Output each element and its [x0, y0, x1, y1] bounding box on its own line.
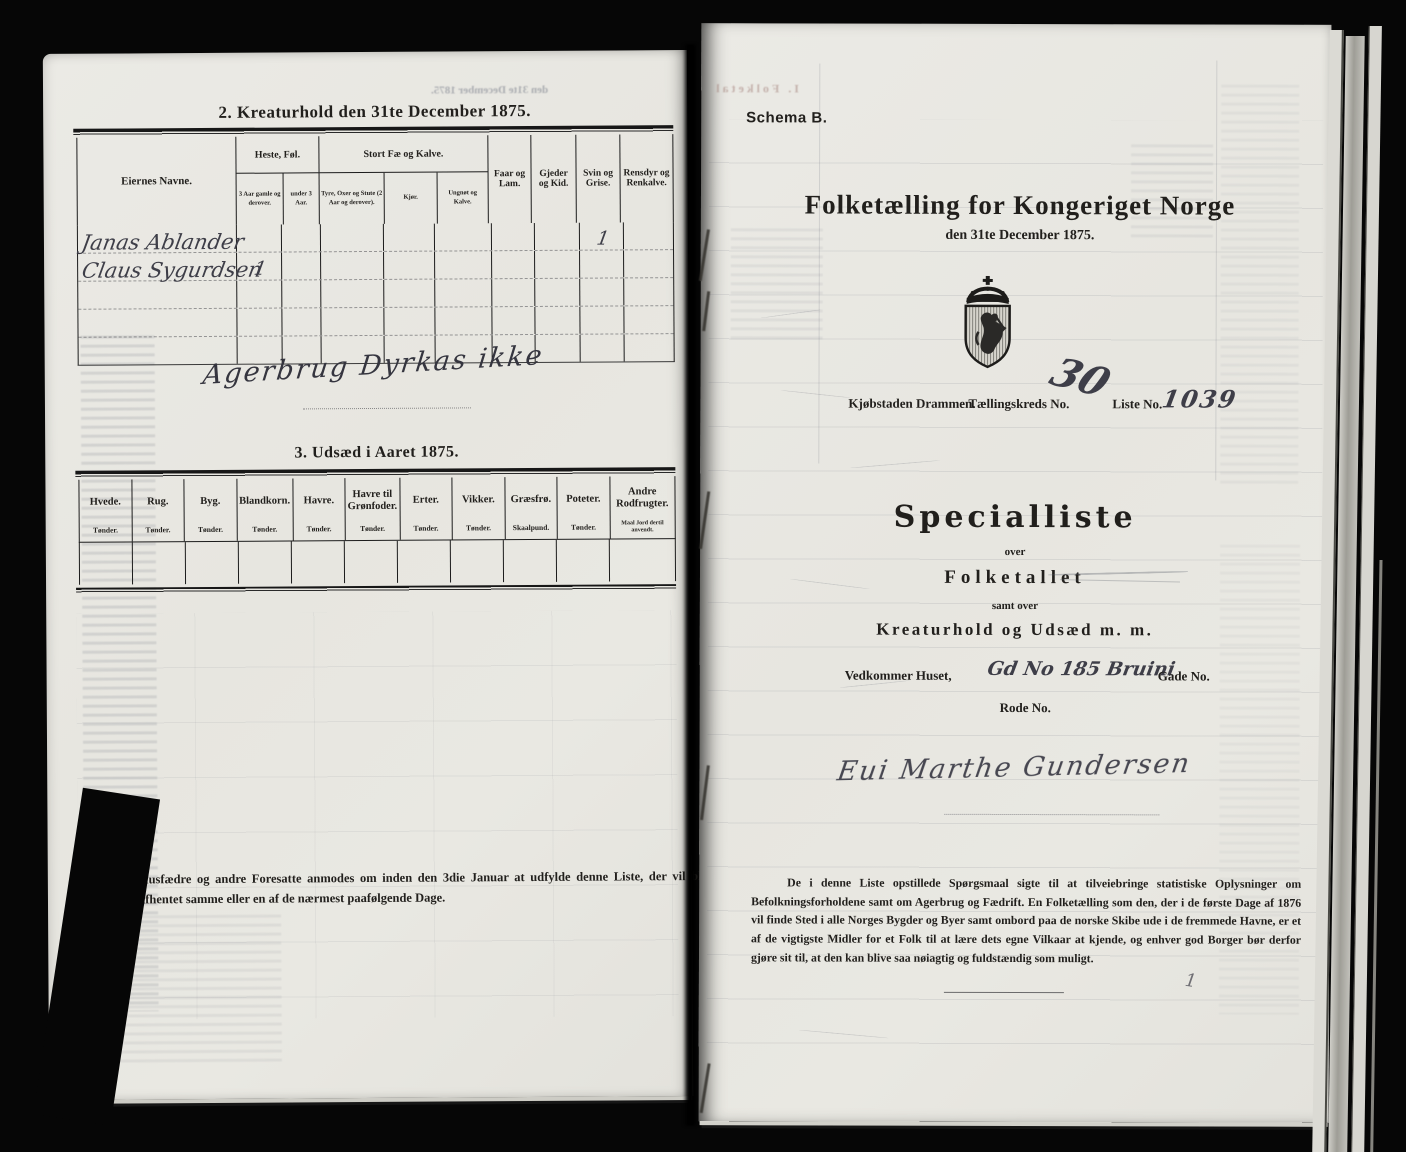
table-row: Janas Ablander 1 — [78, 222, 673, 254]
svin-count-handwritten: 1 — [595, 228, 611, 250]
col-vikker: Vikker.Tønder. — [452, 477, 505, 539]
location-line: Kjøbstaden Drammen. Tællingskreds No. 30… — [700, 395, 1330, 397]
col-svin-og-grise: Svin og Grise. — [576, 134, 621, 222]
specialliste-title: Specialliste — [800, 499, 1230, 535]
binding-stitch — [702, 291, 710, 331]
underline-rule — [944, 992, 1064, 993]
bleedthrough-text-block — [731, 228, 823, 340]
list-number-handwritten: 1039 — [1160, 384, 1240, 413]
kreaturhold-table: Eiernes Navne. Heste, Føl. 3 Aar gamle o… — [76, 134, 674, 366]
subcol-label: Tyre, Oxer og Stute (2 Aar og derover). — [320, 173, 385, 224]
left-page: den 31te December 1875. 2. Kreaturhold d… — [43, 50, 693, 1100]
col-poteter: Poteter.Tønder. — [557, 477, 610, 539]
col-graesfro: Græsfrø.Skaalpund. — [505, 477, 558, 539]
binding-stitch — [699, 229, 710, 281]
signature-handwritten: Eui Marthe Gundersen — [837, 748, 1191, 787]
book-page-edges — [1310, 20, 1406, 1152]
census-subtitle: den 31te December 1875. — [759, 227, 1281, 244]
bleedthrough-header-left: den 31te December 1875. — [431, 84, 548, 97]
table-bottom-rule — [76, 584, 676, 593]
samt-over-label: samt over — [800, 599, 1230, 612]
col-gjeder-og-kid: Gjeder og Kid. — [531, 135, 577, 223]
subcol-label: Kjør. — [385, 173, 438, 224]
right-page: I. Folketal Schema B. Folketælling for K… — [699, 23, 1332, 1123]
footer-instruction: Husfædre og andre Foresatte anmodes om i… — [139, 866, 717, 910]
colgroup-heste: Heste, Føl. 3 Aar gamle og derover. unde… — [236, 136, 320, 225]
binding-stitch — [700, 1063, 711, 1113]
signature-flourish — [944, 814, 1159, 816]
udsaed-header-row: Hvede.Tønder. Rug.Tønder. Byg.Tønder. Bl… — [78, 476, 675, 542]
table-row — [78, 306, 673, 338]
kreaturhold-header-row: Eiernes Navne. Heste, Føl. 3 Aar gamle o… — [76, 134, 674, 226]
bleedthrough-line — [1215, 61, 1217, 481]
bleedthrough-squiggle — [799, 1030, 889, 1039]
col-erter: Erter.Tønder. — [400, 477, 453, 539]
kreaturhold-body: Janas Ablander 1 Claus Sygurdsen 1 — [77, 222, 675, 366]
col-label: Svin og Grise. — [577, 168, 620, 188]
subcol-label: under 3 Aar. — [284, 173, 319, 224]
col-label: Eiernes Navne. — [119, 175, 194, 187]
subcol-label: Ungnøt og Kalve. — [438, 172, 488, 223]
col-havre-gronfoder: Havre til Grønfoder.Tønder. — [345, 478, 400, 540]
binding-stitch — [699, 491, 710, 549]
kreaturhold-udsaed-label: Kreaturhold og Udsæd m. m. — [760, 619, 1270, 640]
gade-no-label: Gade No. — [1158, 668, 1210, 684]
bleedthrough-squiggle — [781, 390, 851, 398]
rode-no-label: Rode No. — [1000, 700, 1051, 716]
book-gutter — [683, 44, 697, 1126]
group-label: Stort Fæ og Kalve. — [319, 135, 487, 173]
house-value-handwritten: Gd No 185 Bruini — [986, 658, 1177, 680]
col-faar-og-lam: Faar og Lam. — [488, 135, 532, 223]
district-label: Tællingskreds No. — [968, 396, 1069, 412]
col-rensdyr: Rensdyr og Renkalve. — [620, 134, 673, 222]
col-andre-rodfrugter: Andre Rodfrugter.Maal Jord dertil anvend… — [610, 476, 675, 538]
table-row: Claus Sygurdsen 1 — [78, 250, 673, 282]
list-label: Liste No. — [1112, 396, 1162, 412]
census-main-title: Folketælling for Kongeriget Norge — [759, 189, 1281, 221]
table-row — [78, 278, 673, 310]
col-eiernes-navne: Eiernes Navne. — [77, 137, 237, 226]
owner-name-handwritten: Janas Ablander — [80, 230, 246, 255]
udsaed-body-row — [79, 538, 676, 585]
schema-label: Schema B. — [746, 109, 827, 126]
col-label: Rensdyr og Renkalve. — [621, 168, 673, 188]
col-blandkorn: Blandkorn.Tønder. — [237, 478, 293, 540]
signature-text: Eui Marthe Gundersen — [835, 748, 1193, 787]
folketallet-label: Folketallet — [800, 566, 1230, 589]
instructions-paragraph: De i denne Liste opstillede Spørgsmaal s… — [751, 873, 1301, 968]
col-havre: Havre.Tønder. — [293, 478, 346, 540]
col-rug: Rug.Tønder. — [132, 479, 185, 541]
udsaed-table: Hvede.Tønder. Rug.Tønder. Byg.Tønder. Bl… — [78, 476, 676, 585]
bleedthrough-squiggle — [850, 460, 940, 469]
bleedthrough-header-right: I. Folketal — [713, 81, 799, 96]
norwegian-lion-crest-icon — [957, 276, 1019, 371]
city-label: Kjøbstaden Drammen. — [848, 396, 975, 412]
pen-mark-handwritten: 1 — [1184, 970, 1198, 992]
colgroup-stort-fae: Stort Fæ og Kalve. Tyre, Oxer og Stute (… — [319, 135, 489, 224]
col-label: Faar og Lam. — [489, 169, 531, 189]
handwritten-flourish — [303, 407, 471, 409]
bleedthrough-text-block — [1220, 85, 1299, 485]
subcol-label: 3 Aar gamle og derover. — [237, 174, 284, 225]
col-byg: Byg.Tønder. — [184, 479, 237, 541]
over-label: over — [800, 545, 1230, 558]
udsaed-title: 3. Udsæd i Aaret 1875. — [78, 442, 675, 464]
heste-count-handwritten: 1 — [252, 258, 268, 280]
group-label: Heste, Føl. — [236, 136, 318, 174]
col-hvede: Hvede.Tønder. — [79, 479, 132, 541]
binding-stitch — [700, 765, 710, 820]
col-label: Gjeder og Kid. — [532, 169, 576, 189]
kreaturhold-title: 2. Kreaturhold den 31te December 1875. — [76, 100, 673, 124]
census-book-photo: den 31te December 1875. 2. Kreaturhold d… — [0, 0, 1406, 1152]
vedkommer-huset-label: Vedkommer Huset, — [845, 668, 952, 684]
